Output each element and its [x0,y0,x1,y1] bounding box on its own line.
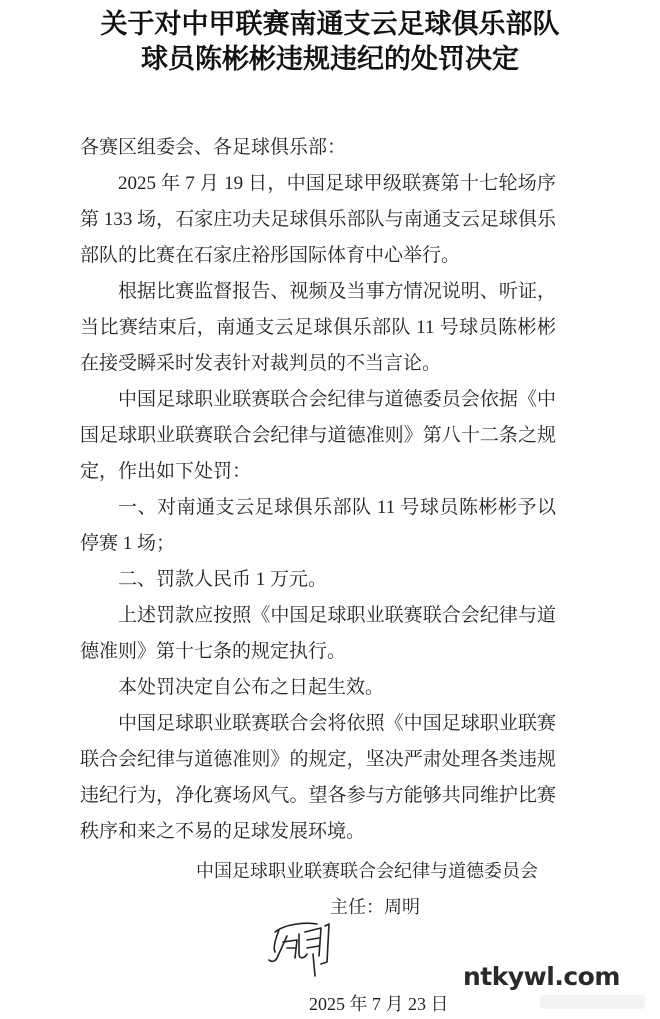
paragraph-fine-execution: 上述罚款应按照《中国足球职业联赛联合会纪律与道德准则》第十七条的规定执行。 [80,598,556,670]
paragraph-findings: 根据比赛监督报告、视频及当事方情况说明、听证，当比赛结束后，南通支云足球俱乐部队… [80,274,556,382]
document-title-line-1: 关于对中甲联赛南通支云足球俱乐部队 [0,2,660,41]
paragraph-effective: 本处罚决定自公布之日起生效。 [80,670,556,706]
paragraph-basis: 中国足球职业联赛联合会纪律与道德委员会依据《中国足球职业联赛联合会纪律与道德准则… [80,382,556,490]
signature-role: 主任：周明 [330,893,420,919]
watermark-text: ntkywl.com [463,962,620,991]
penalty-item-2: 二、罚款人民币 1 万元。 [80,562,556,598]
signature-organization: 中国足球职业联赛联合会纪律与道德委员会 [196,857,538,883]
handwritten-signature-icon [265,918,345,980]
penalty-item-1: 一、对南通支云足球俱乐部队 11 号球员陈彬彬予以停赛 1 场； [80,490,556,562]
paragraph-match-info: 2025 年 7 月 19 日，中国足球甲级联赛第十七轮场序第 133 场，石家… [80,166,556,274]
salutation: 各赛区组委会、各足球俱乐部： [80,130,556,166]
signature-date: 2025 年 7 月 23 日 [309,990,449,1016]
watermark-faint-logo [540,995,645,1009]
document-body: 各赛区组委会、各足球俱乐部： 2025 年 7 月 19 日，中国足球甲级联赛第… [80,130,556,850]
document-title-line-2: 球员陈彬彬违规违纪的处罚决定 [0,37,660,76]
paragraph-closing: 中国足球职业联赛联合会将依照《中国足球职业联赛联合会纪律与道德准则》的规定，坚决… [80,706,556,850]
